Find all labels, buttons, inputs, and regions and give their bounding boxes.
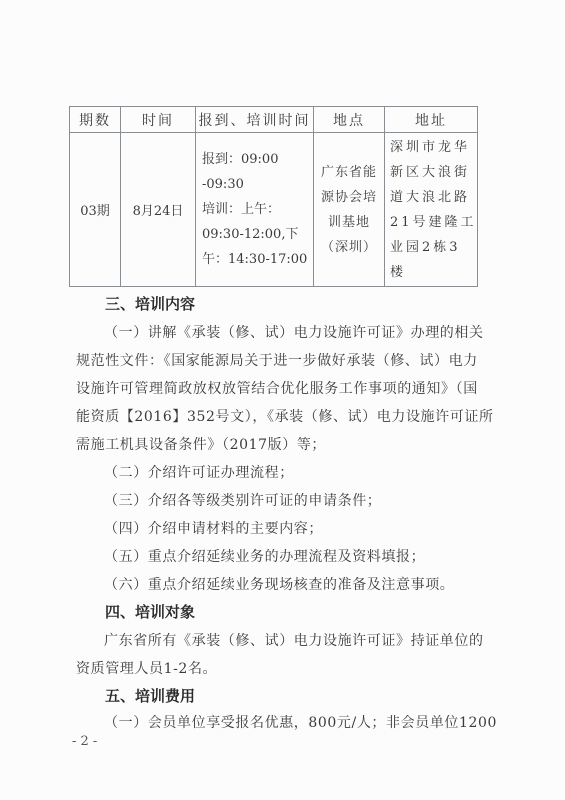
address-line: 21号建隆工 [390, 210, 477, 235]
paragraph-line: 需施工机具设备条件》（2017版）等； [76, 434, 496, 454]
paragraph-line: （二）介绍许可证办理流程； [104, 462, 524, 482]
schedule-line: 报到：09:00 [202, 147, 313, 172]
paragraph-line: （四）介绍申请材料的主要内容； [104, 518, 524, 538]
paragraph-line: 设施许可管理简政放权放管结合优化服务工作事项的通知》（国 [76, 378, 496, 398]
address-line: 业园2栋3 [390, 235, 477, 260]
paragraph-line: （一）讲解《承装（修、试）电力设施许可证》办理的相关 [104, 322, 524, 342]
schedule-line: 午：14:30-17:00 [202, 247, 313, 272]
paragraph-line: 规范性文件：《国家能源局关于进一步做好承装（修、试）电力 [76, 350, 496, 370]
schedule-line: 培训：上午： [202, 197, 313, 222]
paragraph-line: 资质管理人员1-2名。 [76, 658, 496, 678]
schedule-line: 09:30-12:00,下 [202, 222, 313, 247]
header-period: 期数 [70, 107, 121, 133]
paragraph-line: （一）会员单位享受报名优惠，800元/人；非会员单位1200 [104, 712, 524, 732]
document-page: 期数 时间 报到、培训时间 地点 地址 03期 8月24日 报到：09:00 -… [0, 0, 565, 800]
page-number: - 2 - [72, 734, 97, 749]
header-venue: 地点 [314, 107, 385, 133]
venue-line: 广东省能 [314, 160, 384, 185]
address-line: 楼 [390, 260, 477, 285]
venue-line: 源协会培 [314, 185, 384, 210]
header-address: 地址 [385, 107, 478, 133]
paragraph-line: （三）介绍各等级类别许可证的申请条件； [104, 490, 524, 510]
training-schedule-table: 期数 时间 报到、培训时间 地点 地址 03期 8月24日 报到：09:00 -… [69, 106, 478, 287]
venue-line: 训基地 [314, 210, 384, 235]
schedule-line: -09:30 [202, 172, 313, 197]
header-date: 时间 [121, 107, 196, 133]
address-line: 深圳市龙华 [390, 135, 477, 160]
paragraph-line: 能资质【2016】352号文），《承装（修、试）电力设施许可证所 [76, 406, 496, 426]
cell-address: 深圳市龙华 新区大浪街 道大浪北路 21号建隆工 业园2栋3 楼 [385, 133, 478, 287]
paragraph-line: （六）重点介绍延续业务现场核查的准备及注意事项。 [104, 574, 524, 594]
address-line: 道大浪北路 [390, 185, 477, 210]
cell-date: 8月24日 [121, 133, 196, 287]
section-title-content: 三、培训内容 [105, 293, 195, 314]
paragraph-line: 广东省所有《承装（修、试）电力设施许可证》持证单位的 [104, 630, 524, 650]
paragraph-line: （五）重点介绍延续业务的办理流程及资料填报； [104, 546, 524, 566]
cell-period: 03期 [70, 133, 121, 287]
table-row: 03期 8月24日 报到：09:00 -09:30 培训：上午： 09:30-1… [70, 133, 478, 287]
cell-venue: 广东省能 源协会培 训基地 （深圳） [314, 133, 385, 287]
venue-line: （深圳） [314, 235, 384, 260]
section-title-audience: 四、培训对象 [105, 601, 195, 622]
address-line: 新区大浪街 [390, 160, 477, 185]
header-schedule: 报到、培训时间 [196, 107, 314, 133]
table-header-row: 期数 时间 报到、培训时间 地点 地址 [70, 107, 478, 133]
section-title-fees: 五、培训费用 [105, 685, 195, 706]
cell-schedule: 报到：09:00 -09:30 培训：上午： 09:30-12:00,下 午：1… [196, 133, 314, 287]
